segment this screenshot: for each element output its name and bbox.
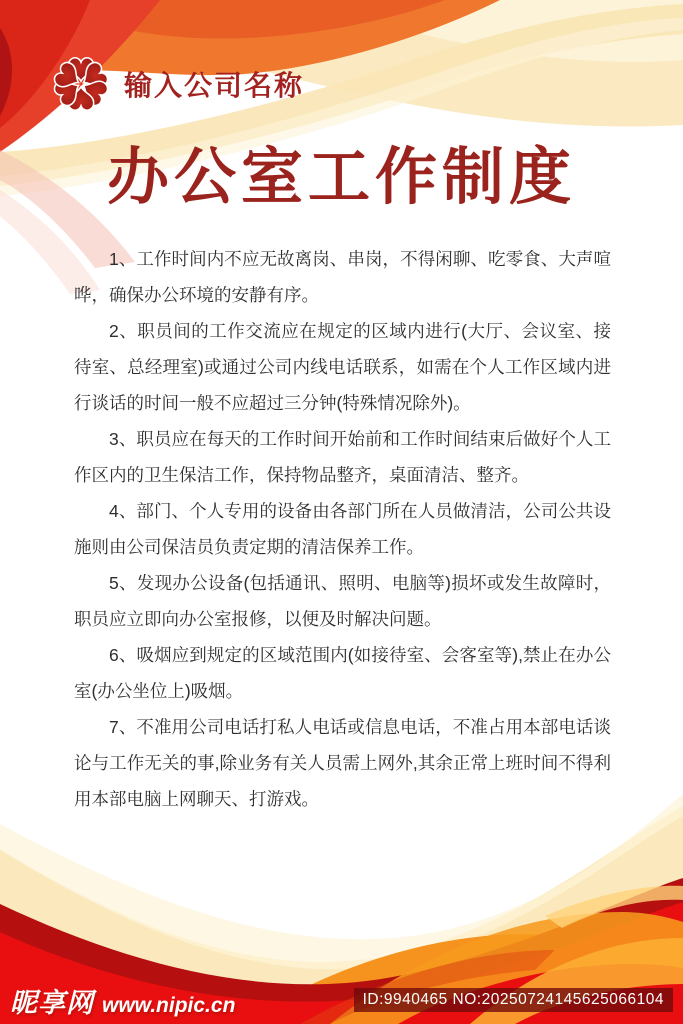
company-name-placeholder: 输入公司名称: [124, 64, 304, 104]
rule-item-7: 7、不准用公司电话打私人电话或信息电话，不准占用本部电话谈论与工作无关的事,除业…: [74, 709, 611, 817]
site-url-text: www.nipic.cn: [102, 994, 235, 1018]
brand-row: 输入公司名称: [52, 55, 304, 113]
site-name-logo: 昵享网: [10, 981, 94, 1020]
rule-item-1: 1、工作时间内不应无故离岗、串岗，不得闲聊、吃零食、大声喧哗，确保办公环境的安静…: [74, 241, 611, 313]
image-id-badge: ID:9940465 NO:20250724145625066104: [354, 988, 673, 1012]
site-watermark: 昵享网 www.nipic.cn: [10, 981, 235, 1020]
page-title: 办公室工作制度: [0, 138, 683, 218]
six-petal-flower-icon: [52, 55, 110, 113]
rule-item-6: 6、吸烟应到规定的区域范围内(如接待室、会客室等),禁止在办公室(办公坐位上)吸…: [74, 637, 611, 709]
rule-item-3: 3、职员应在每天的工作时间开始前和工作时间结束后做好个人工作区内的卫生保洁工作，…: [74, 421, 611, 493]
rule-item-5: 5、发现办公设备(包括通讯、照明、电脑等)损坏或发生故障时，职员应立即向办公室报…: [74, 565, 611, 637]
rules-body: 1、工作时间内不应无故离岗、串岗，不得闲聊、吃零食、大声喧哗，确保办公环境的安静…: [74, 241, 611, 817]
office-rules-poster: 输入公司名称 办公室工作制度 1、工作时间内不应无故离岗、串岗，不得闲聊、吃零食…: [0, 0, 683, 1024]
watermark-bar: 昵享网 www.nipic.cn ID:9940465 NO:202507241…: [0, 982, 683, 1018]
rule-item-4: 4、部门、个人专用的设备由各部门所在人员做清洁，公司公共设施则由公司保洁员负责定…: [74, 493, 611, 565]
rule-item-2: 2、职员间的工作交流应在规定的区域内进行(大厅、会议室、接待室、总经理室)或通过…: [74, 313, 611, 421]
